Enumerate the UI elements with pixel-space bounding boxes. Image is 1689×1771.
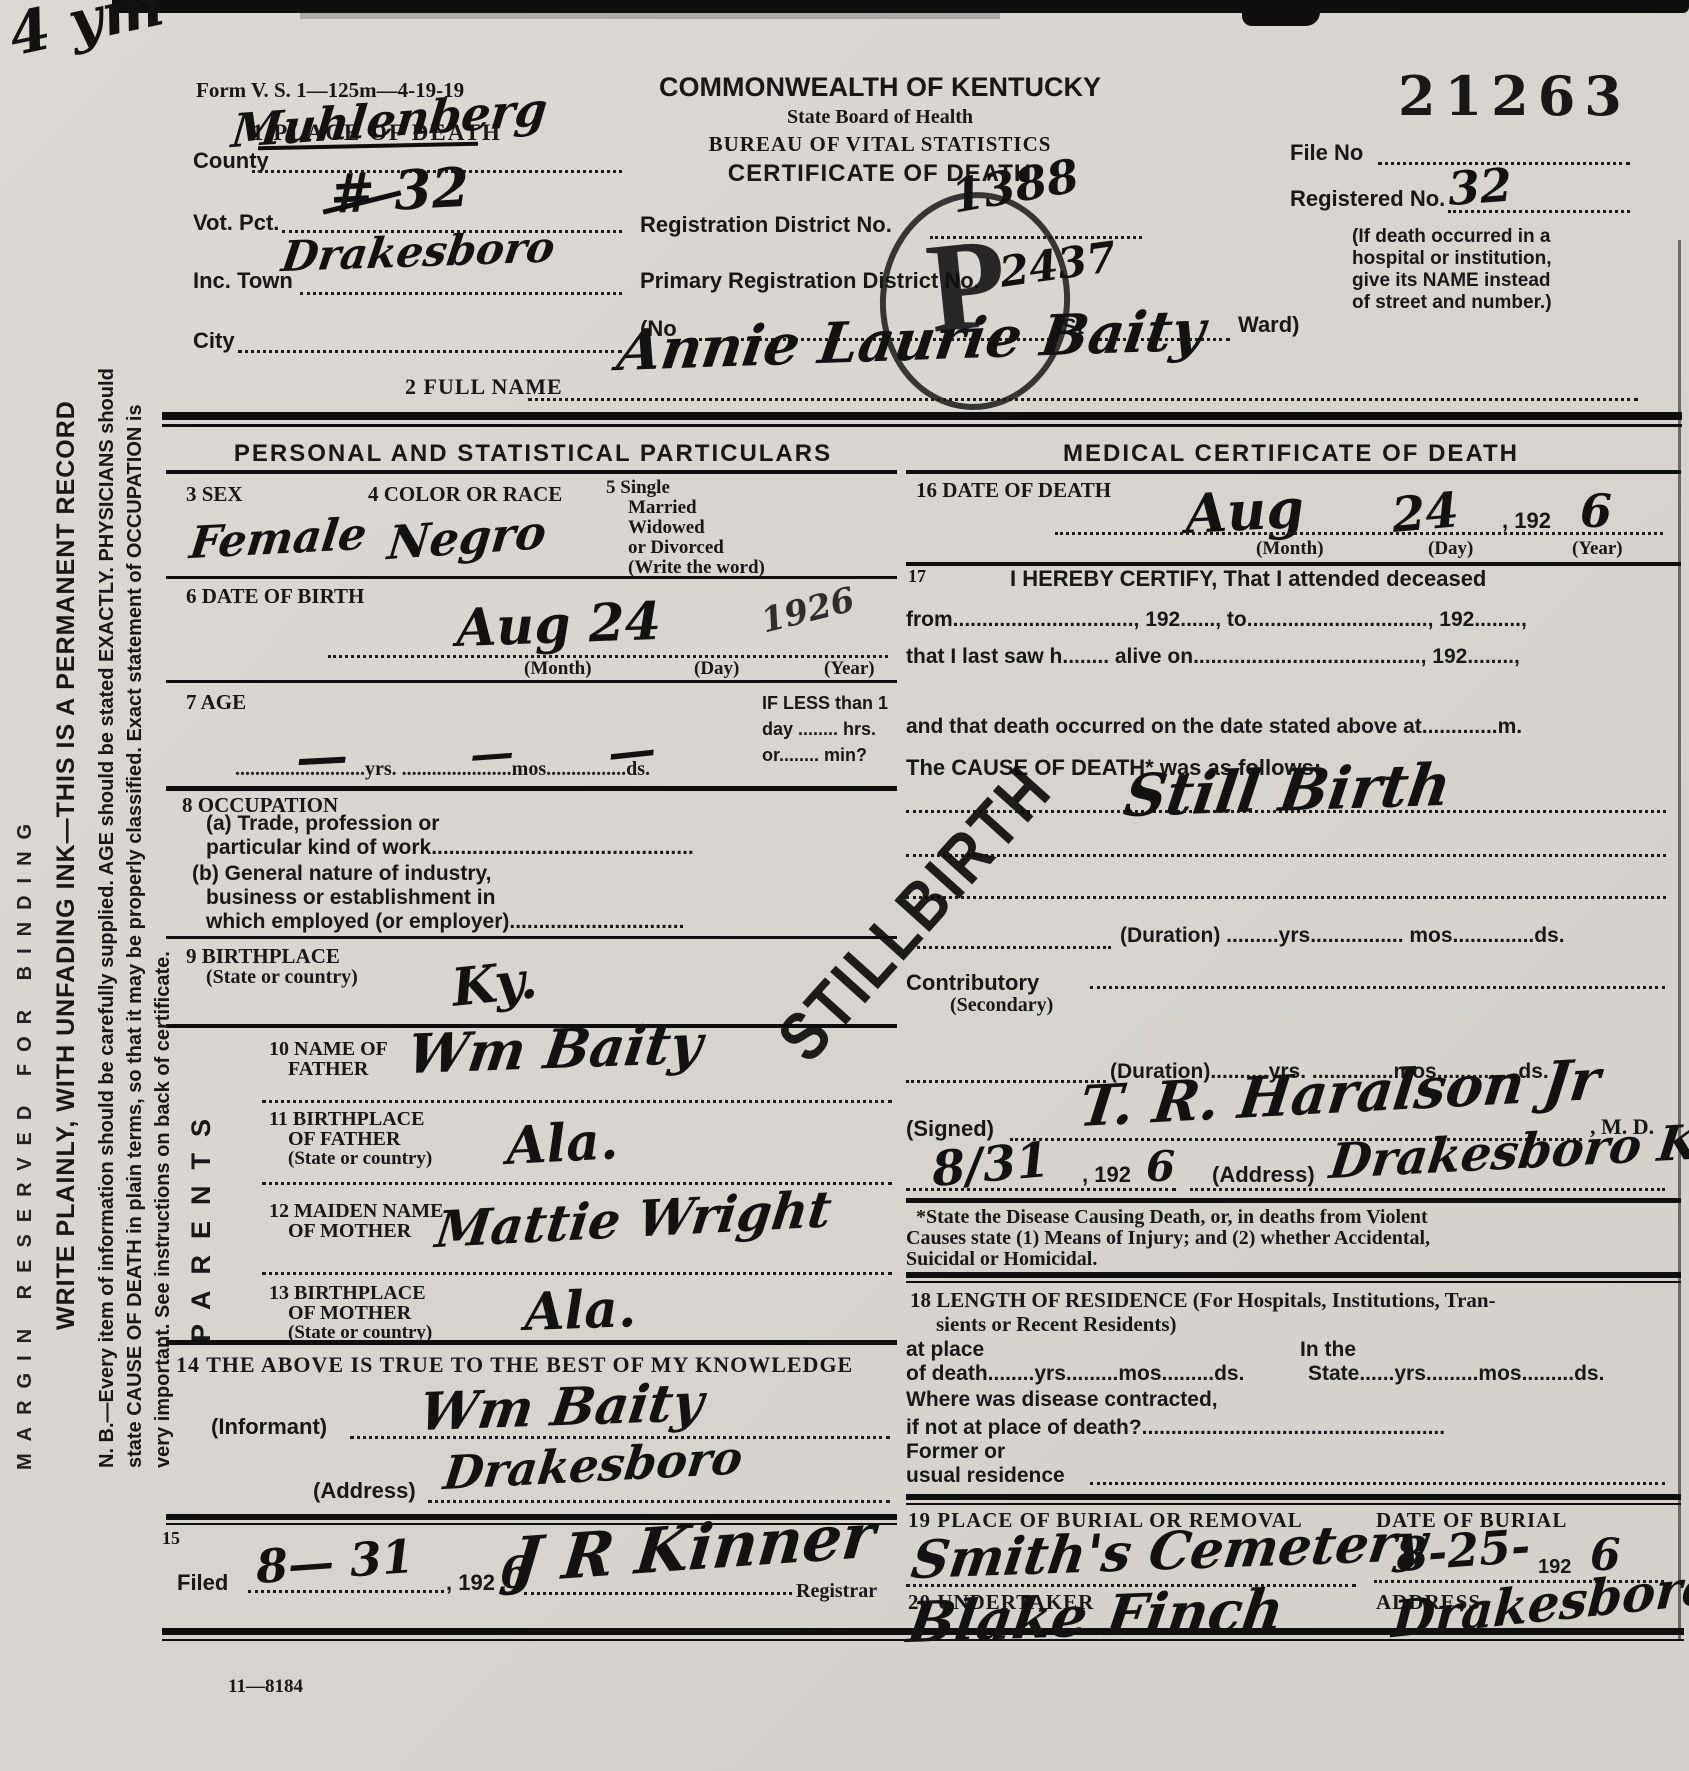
- dob-year-value: 1926: [757, 580, 859, 642]
- at-place-label: at place: [906, 1338, 984, 1362]
- sex-color-divider: [354, 478, 357, 574]
- father-bp-label3: (State or country): [288, 1148, 432, 1170]
- former-residence-leader: [1090, 1482, 1665, 1485]
- contracted-line2: if not at place of death?...............…: [906, 1416, 1445, 1440]
- margin-binding-note: MARGIN RESERVED FOR BINDING: [14, 812, 37, 1470]
- burial-rule-b: [906, 1503, 1681, 1505]
- color-value: Negro: [386, 505, 548, 570]
- burial-rule-a: [906, 1494, 1681, 1500]
- margin-nb-line2: state CAUSE OF DEATH in plain terms, so …: [124, 108, 147, 1468]
- secondary-label: (Secondary): [950, 994, 1053, 1017]
- cause-line3: [906, 896, 1666, 899]
- occupation-a2: particular kind of work.................…: [206, 836, 694, 860]
- margin-nb-note: N. B.—Every item of information should b…: [96, 108, 175, 1468]
- column-divider-outer: [897, 424, 900, 1636]
- sex-value: Female: [189, 509, 368, 569]
- dod-year-value: 6: [1580, 484, 1612, 538]
- cause-value-text: Still Birth: [1120, 750, 1455, 830]
- residence-state-line: State......yrs.........mos.........ds.: [1308, 1362, 1604, 1386]
- registered-no-line: [1448, 210, 1630, 213]
- inc-town-value-text: Drakesboro: [279, 222, 559, 281]
- age-units-line: ..........................yrs. .........…: [235, 758, 650, 781]
- residence-rule-a: [906, 1272, 1681, 1278]
- inc-town-value: Drakesboro: [281, 222, 555, 280]
- registered-no-value: 32: [1446, 158, 1514, 216]
- father-name-label2: FATHER: [288, 1058, 368, 1081]
- age-label: 7 AGE: [186, 690, 246, 715]
- certify-saw-line: that I last saw h........ alive on......…: [906, 645, 1520, 669]
- registered-no-label: Registered No.: [1290, 186, 1445, 212]
- of-death-line: of death........yrs.........mos.........…: [906, 1362, 1244, 1386]
- sex-row-rule: [166, 576, 897, 579]
- in-the-label: In the: [1300, 1338, 1356, 1362]
- full-name-label: 2 FULL NAME: [405, 374, 563, 400]
- dob-line: [328, 655, 888, 658]
- mother-name-value: Mattie Wright: [434, 1179, 832, 1259]
- residence-label-line2: sients or Recent Residents): [936, 1312, 1177, 1337]
- file-no-label: File No: [1290, 140, 1363, 166]
- parents-bottom-rule: [166, 1340, 897, 1345]
- commonwealth-heading: COMMONWEALTH OF KENTUCKY: [620, 72, 1140, 103]
- dob-label: 6 DATE OF BIRTH: [186, 584, 364, 609]
- marital-line3: Widowed: [628, 518, 896, 538]
- duration1-leader: [906, 946, 1111, 949]
- sign-address-value: Drakesboro Ky: [1329, 1113, 1689, 1190]
- header-rule-thin: [162, 424, 1682, 427]
- city-label: City: [193, 328, 235, 354]
- scan-artifact-top-bar: [112, 0, 1689, 13]
- sign-year-value: 6: [1146, 1142, 1175, 1191]
- corner-scribble: 4 ym: [3, 0, 169, 69]
- certify-num: 17: [908, 566, 926, 587]
- state-board-heading: State Board of Health: [620, 106, 1140, 129]
- full-name-line: [528, 398, 1638, 401]
- form-left-border-inner: [175, 72, 177, 1705]
- informant-value: Wm Baity: [419, 1372, 704, 1443]
- occupation-a1: (a) Trade, profession or: [206, 812, 439, 836]
- certify-line: I HEREBY CERTIFY, That I attended deceas…: [1010, 566, 1486, 592]
- hospital-note-line3: give its NAME instead: [1352, 270, 1652, 292]
- filed-date-value: 8— 31: [254, 1529, 415, 1594]
- filed-192: , 192: [446, 1570, 495, 1596]
- filed-label: Filed: [177, 1570, 228, 1596]
- father-name-value: Wm Baity: [407, 1012, 703, 1086]
- sign-address-value-text: Drakesboro Ky: [1327, 1113, 1689, 1190]
- dod-192: , 192: [1502, 508, 1551, 534]
- former-line1: Former or: [906, 1440, 1005, 1464]
- contributory-leader: [1090, 986, 1665, 989]
- dod-month-value: Aug: [1183, 476, 1305, 546]
- informant-heading: 14 THE ABOVE IS TRUE TO THE BEST OF MY K…: [176, 1352, 853, 1378]
- dob-month-label: (Month): [524, 658, 592, 680]
- marital-line5: (Write the word): [628, 558, 896, 578]
- mother-name-value-text: Mattie Wright: [432, 1179, 835, 1259]
- dob-value: Aug 24: [455, 591, 662, 659]
- personal-section-title: PERSONAL AND STATISTICAL PARTICULARS: [170, 440, 896, 468]
- occupation-b3: which employed (or employer)............…: [206, 910, 684, 934]
- cause-footnote-line1: *State the Disease Causing Death, or, in…: [916, 1206, 1428, 1229]
- former-line2: usual residence: [906, 1464, 1065, 1488]
- street-ward-label: Ward): [1238, 312, 1300, 338]
- informant-address-value: Drakesboro: [443, 1430, 744, 1500]
- full-name-value: Annie Laurie Baity: [617, 298, 1206, 384]
- age-row-rule: [166, 786, 897, 791]
- sign-date-line: [906, 1188, 1176, 1191]
- age-ifless-divider: [745, 686, 748, 778]
- occupation-b1: (b) General nature of industry,: [192, 862, 491, 886]
- dob-day-label: (Day): [694, 658, 739, 680]
- informant-address-label: (Address): [313, 1478, 416, 1504]
- father-name-value-text: Wm Baity: [403, 1012, 706, 1087]
- color-label: 4 COLOR OR RACE: [368, 482, 562, 507]
- mother-name-label2: OF MOTHER: [288, 1220, 411, 1243]
- header-rule-thick: [162, 412, 1682, 420]
- parents-inner-divider: [249, 1028, 252, 1343]
- dod-line: [1055, 532, 1663, 535]
- residence-rule-b: [906, 1281, 1681, 1283]
- full-name-value-text: Annie Laurie Baity: [613, 297, 1209, 384]
- registrar-line: [524, 1592, 792, 1595]
- cause-footnote-line3: Suicidal or Homicidal.: [906, 1248, 1097, 1271]
- occupation-b2: business or establishment in: [206, 886, 495, 910]
- certify-occurred-line: and that death occurred on the date stat…: [906, 715, 1522, 739]
- personal-title-rule: [166, 470, 897, 474]
- form-right-border: [1678, 240, 1681, 1640]
- serial-number: 21263: [1398, 64, 1631, 128]
- cause-value: Still Birth: [1124, 751, 1452, 830]
- sex-label: 3 SEX: [186, 482, 243, 507]
- hospital-note-line1: (If death occurred in a: [1352, 226, 1652, 248]
- sign-192: , 192: [1082, 1162, 1131, 1188]
- mother-bp-value: Ala.: [523, 1278, 637, 1343]
- contributory-label: Contributory: [906, 970, 1039, 996]
- sex-value-text: Female: [187, 509, 370, 570]
- if-less-line3: or........ min?: [762, 742, 897, 768]
- death-certificate-scan: 4 ym MARGIN RESERVED FOR BINDING WRITE P…: [0, 0, 1689, 1771]
- father-bp-value: Ala.: [504, 1110, 619, 1177]
- if-less-line1: IF LESS than 1: [762, 690, 897, 716]
- dod-year-label: (Year): [1572, 538, 1623, 560]
- form-footer-code: 11—8184: [228, 1676, 303, 1698]
- marital-line4: or Divorced: [628, 538, 896, 558]
- scan-artifact-blob: [1242, 0, 1320, 26]
- birthplace-sublabel: (State or country): [206, 966, 358, 989]
- reg-district-label: Registration District No.: [640, 212, 892, 238]
- informant-label: (Informant): [211, 1414, 327, 1440]
- inc-town-line: [300, 292, 622, 295]
- dod-month-label: (Month): [1256, 538, 1324, 560]
- sign-address-line: [1190, 1188, 1665, 1191]
- if-less-line2: day ........ hrs.: [762, 716, 897, 742]
- color-marital-divider: [589, 478, 592, 574]
- scan-artifact-smudge: [300, 13, 1000, 19]
- marital-cell: 5 Single Married Widowed or Divorced (Wr…: [606, 478, 896, 578]
- birthplace-value: Ky.: [449, 949, 540, 1019]
- informant-value-text: Wm Baity: [416, 1372, 708, 1443]
- dod-label: 16 DATE OF DEATH: [916, 478, 1111, 503]
- registrar-label: Registrar: [796, 1580, 877, 1603]
- hospital-note: (If death occurred in a hospital or inst…: [1352, 226, 1652, 314]
- marital-line1: 5 Single: [606, 478, 896, 498]
- dod-day-label: (Day): [1428, 538, 1473, 560]
- marital-line2: Married: [628, 498, 896, 518]
- dob-year-label: (Year): [824, 658, 875, 680]
- filed-num: 15: [162, 1528, 180, 1549]
- city-line: [238, 350, 622, 353]
- cause-footnote-line2: Causes state (1) Means of Injury; and (2…: [906, 1227, 1430, 1250]
- dob-row-rule: [166, 680, 897, 683]
- mother-name-line: [262, 1272, 892, 1275]
- duration1-line: (Duration) .........yrs................ …: [1120, 924, 1565, 948]
- undertaker-value: Blake Finch: [907, 1577, 1284, 1656]
- residence-label-line1: 18 LENGTH OF RESIDENCE (For Hospitals, I…: [910, 1288, 1496, 1313]
- hospital-note-line4: of street and number.): [1352, 292, 1652, 314]
- burial-date-value: 8-25-: [1394, 1519, 1532, 1582]
- medical-section-title: MEDICAL CERTIFICATE OF DEATH: [906, 440, 1676, 468]
- color-value-text: Negro: [385, 505, 549, 571]
- if-less-cell: IF LESS than 1 day ........ hrs. or.....…: [762, 690, 897, 768]
- occupation-row-rule: [166, 936, 897, 939]
- vot-pct-label: Vot. Pct.: [193, 210, 279, 236]
- margin-write-plainly-note: WRITE PLAINLY, WITH UNFADING INK—THIS IS…: [52, 400, 81, 1330]
- margin-nb-line1: N. B.—Every item of information should b…: [96, 108, 119, 1468]
- hospital-note-line2: hospital or institution,: [1352, 248, 1652, 270]
- footnote-rule: [906, 1198, 1681, 1203]
- certify-from-line: from..............................., 192…: [906, 608, 1527, 632]
- filed-line: [248, 1590, 444, 1593]
- contracted-line1: Where was disease contracted,: [906, 1388, 1218, 1412]
- medical-title-rule: [906, 470, 1681, 474]
- duration2-leader: [906, 1080, 1106, 1083]
- sign-address-label: (Address): [1212, 1162, 1315, 1188]
- parents-label: PARENTS: [186, 1103, 217, 1342]
- undertaker-value-text: Blake Finch: [903, 1577, 1287, 1656]
